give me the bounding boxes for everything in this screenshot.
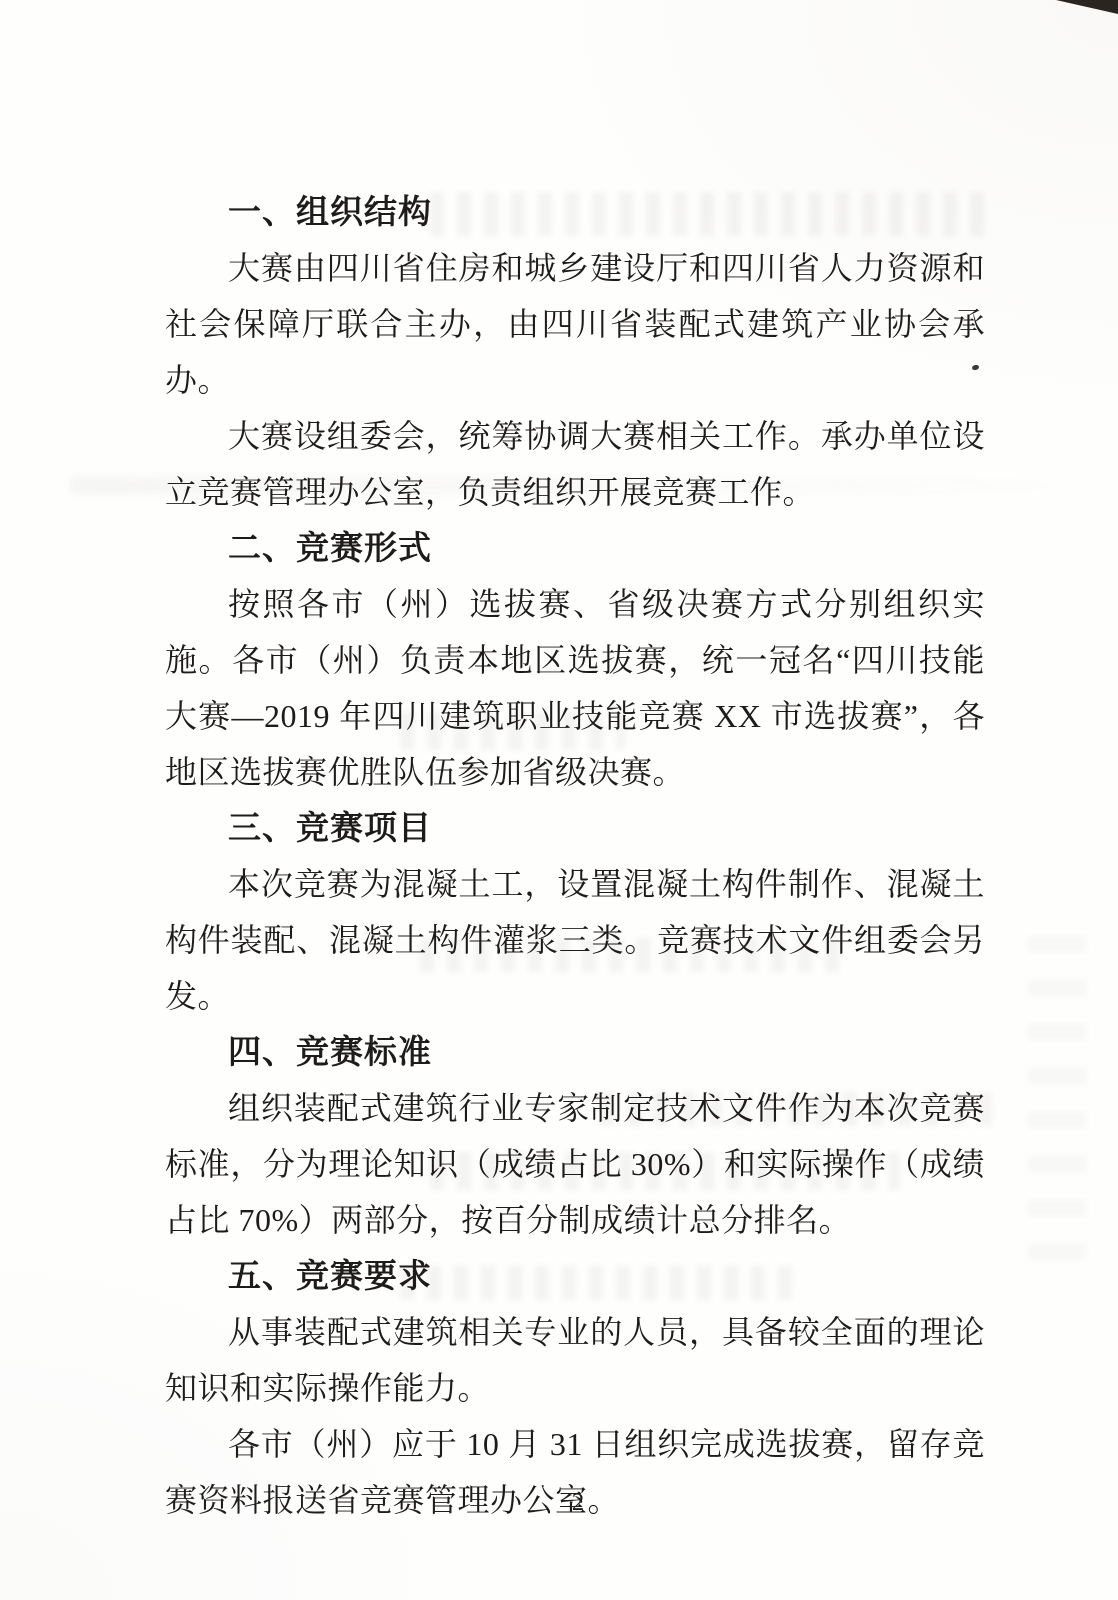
paragraph: 按照各市（州）选拔赛、省级决赛方式分别组织实施。各市（州）负责本地区选拔赛，统一…: [165, 576, 985, 800]
section-heading: 三、竞赛项目: [165, 800, 985, 856]
paragraph: 组织装配式建筑行业专家制定技术文件作为本次竞赛标准，分为理论知识（成绩占比 30…: [165, 1080, 985, 1248]
paragraph: 大赛由四川省住房和城乡建设厅和四川省人力资源和社会保障厅联合主办，由四川省装配式…: [165, 240, 985, 408]
page-number: 2: [563, 1489, 593, 1517]
section-heading: 二、竞赛形式: [165, 520, 985, 576]
section-heading: 一、组织结构: [165, 184, 985, 240]
section-competition-events: 三、竞赛项目 本次竞赛为混凝土工，设置混凝土构件制作、混凝土构件装配、混凝土构件…: [165, 800, 985, 1024]
section-organization-structure: 一、组织结构 大赛由四川省住房和城乡建设厅和四川省人力资源和社会保障厅联合主办，…: [165, 184, 985, 520]
section-heading: 五、竞赛要求: [165, 1248, 985, 1304]
paragraph: 从事装配式建筑相关专业的人员，具备较全面的理论知识和实际操作能力。: [165, 1304, 985, 1416]
section-competition-requirements: 五、竞赛要求 从事装配式建筑相关专业的人员，具备较全面的理论知识和实际操作能力。…: [165, 1248, 985, 1528]
section-heading: 四、竞赛标准: [165, 1024, 985, 1080]
scanned-document-page: 一、组织结构 大赛由四川省住房和城乡建设厅和四川省人力资源和社会保障厅联合主办，…: [0, 0, 1118, 1600]
document-content: 一、组织结构 大赛由四川省住房和城乡建设厅和四川省人力资源和社会保障厅联合主办，…: [165, 184, 985, 1528]
paragraph: 本次竞赛为混凝土工，设置混凝土构件制作、混凝土构件装配、混凝土构件灌浆三类。竞赛…: [165, 856, 985, 1024]
bleedthrough-artifact: [1028, 935, 1086, 1260]
paragraph: 大赛设组委会，统筹协调大赛相关工作。承办单位设立竞赛管理办公室，负责组织开展竞赛…: [165, 408, 985, 520]
section-competition-standards: 四、竞赛标准 组织装配式建筑行业专家制定技术文件作为本次竞赛标准，分为理论知识（…: [165, 1024, 985, 1248]
scan-corner-artifact: [1056, 0, 1118, 14]
section-competition-format: 二、竞赛形式 按照各市（州）选拔赛、省级决赛方式分别组织实施。各市（州）负责本地…: [165, 520, 985, 800]
